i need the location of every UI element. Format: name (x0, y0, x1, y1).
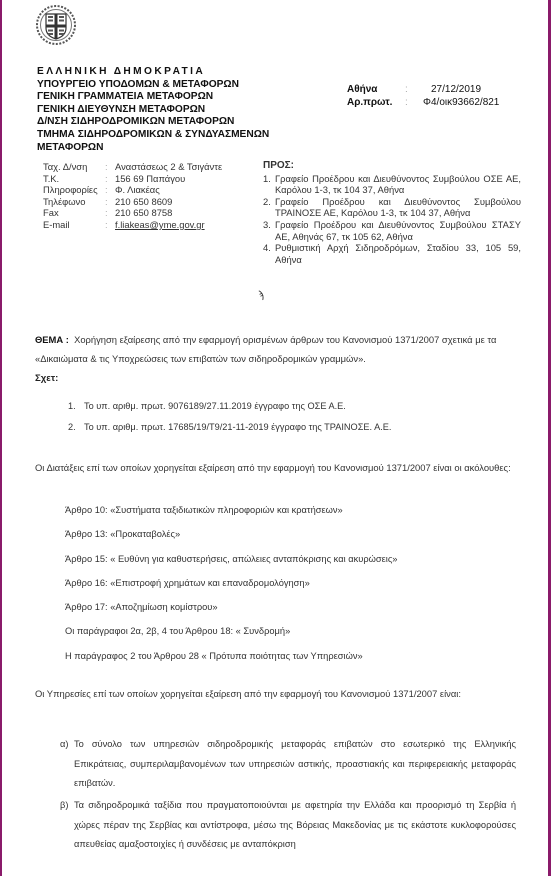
header-line: Δ/ΝΣΗ ΣΙΔΗΡΟΔΡΟΜΙΚΩΝ ΜΕΤΑΦΟΡΩΝ (37, 116, 269, 129)
recipient-item: 2. Γραφείο Προέδρου και Διευθύνοντος Συμ… (263, 196, 521, 219)
separator: : (105, 184, 115, 196)
contact-row: Τηλέφωνο : 210 650 8609 (43, 196, 222, 208)
protocol-number: Φ4/οικ93662/821 (423, 97, 499, 110)
subject-text: Χορήγηση εξαίρεσης από την εφαρμογή ορισ… (35, 334, 496, 364)
provision-item: Άρθρο 16: «Επιστροφή χρημάτων και επαναδ… (65, 571, 397, 595)
greek-coat-of-arms-icon (35, 4, 77, 46)
contact-details: Ταχ. Δ/νση : Αναστάσεως 2 & Τσιγάντε Τ.Κ… (43, 161, 222, 231)
recipient-item: 4. Ρυθμιστική Αρχή Σιδηροδρόμων, Σταδίου… (263, 242, 521, 265)
subject-label: ΘΕΜΑ : (35, 334, 69, 345)
separator: : (105, 219, 115, 231)
handwritten-mark: ϡ (258, 290, 264, 301)
reference-number: 2. (68, 417, 84, 438)
contact-label: Πληροφορίες (43, 184, 105, 196)
service-item: β) Τα σιδηροδρομικά ταξίδια που πραγματο… (60, 796, 516, 855)
recipient-number: 1. (263, 173, 275, 196)
services-intro: Οι Υπηρεσίες επί των οποίων χορηγείται ε… (35, 685, 515, 704)
reference-item: 2. Το υπ. αριθμ. πρωτ. 17685/19/Τ9/21-11… (68, 417, 391, 438)
recipient-text: Ρυθμιστική Αρχή Σιδηροδρόμων, Σταδίου 33… (275, 242, 521, 265)
separator: : (105, 207, 115, 219)
header-line: ΓΕΝΙΚΗ ΔΙΕΥΘΥΝΣΗ ΜΕΤΑΦΟΡΩΝ (37, 104, 269, 117)
service-text: Το σύνολο των υπηρεσιών σιδηροδρομικής μ… (74, 735, 516, 794)
reference-text: Το υπ. αριθμ. πρωτ. 17685/19/Τ9/21-11-20… (84, 417, 391, 438)
service-label: β) (60, 796, 74, 855)
recipient-number: 3. (263, 219, 275, 242)
contact-value: 156 69 Παπάγου (115, 173, 185, 185)
provision-item: Άρθρο 10: «Συστήματα ταξιδιωτικών πληροφ… (65, 498, 397, 522)
contact-value: 210 650 8609 (115, 196, 172, 208)
recipient-item: 1. Γραφείο Προέδρου και Διευθύνοντος Συμ… (263, 173, 521, 196)
place-label: Αθήνα (347, 84, 405, 97)
references-list: 1. Το υπ. αριθμ. πρωτ. 9076189/27.11.201… (68, 396, 391, 438)
reference-item: 1. Το υπ. αριθμ. πρωτ. 9076189/27.11.201… (68, 396, 391, 417)
email-link[interactable]: f.liakeas@yme.gov.gr (115, 219, 205, 230)
subject-block: ΘΕΜΑ : Χορήγηση εξαίρεσης από την εφαρμο… (35, 331, 515, 368)
provision-item: Η παράγραφος 2 του Άρθρου 28 « Πρότυπα π… (65, 644, 397, 668)
recipient-text: Γραφείο Προέδρου και Διευθύνοντος Συμβού… (275, 219, 521, 242)
recipients-block: ΠΡΟΣ: 1. Γραφείο Προέδρου και Διευθύνοντ… (263, 160, 521, 265)
provision-item: Άρθρο 15: « Ευθύνη για καθυστερήσεις, απ… (65, 547, 397, 571)
ministry-header: ΕΛΛΗΝΙΚΗ ΔΗΜΟΚΡΑΤΙΑ ΥΠΟΥΡΓΕΙΟ ΥΠΟΔΟΜΩΝ &… (37, 66, 269, 154)
separator: : (105, 173, 115, 185)
protocol-label: Αρ.πρωτ. (347, 97, 405, 110)
contact-row: Fax : 210 650 8758 (43, 207, 222, 219)
contact-row: Τ.Κ. : 156 69 Παπάγου (43, 173, 222, 185)
recipients-title: ΠΡΟΣ: (263, 160, 521, 172)
header-line: ΜΕΤΑΦΟΡΩΝ (37, 142, 269, 155)
header-line: ΤΜΗΜΑ ΣΙΔΗΡΟΔΡΟΜΙΚΩΝ & ΣΥΝΔΥΑΣΜΕΝΩΝ (37, 129, 269, 142)
contact-row: Ταχ. Δ/νση : Αναστάσεως 2 & Τσιγάντε (43, 161, 222, 173)
contact-value: 210 650 8758 (115, 207, 172, 219)
recipient-text: Γραφείο Προέδρου και Διευθύνοντος Συμβού… (275, 173, 521, 196)
separator: : (405, 84, 423, 97)
provision-item: Άρθρο 17: «Αποζημίωση κομίστρου» (65, 595, 397, 619)
service-item: α) Το σύνολο των υπηρεσιών σιδηροδρομική… (60, 735, 516, 794)
document-date: 27/12/2019 (423, 84, 481, 97)
contact-row: Πληροφορίες : Φ. Λιακέας (43, 184, 222, 196)
contact-label: Τηλέφωνο (43, 196, 105, 208)
header-line: ΕΛΛΗΝΙΚΗ ΔΗΜΟΚΡΑΤΙΑ (37, 66, 269, 79)
date-row: Αθήνα : 27/12/2019 (347, 84, 499, 97)
contact-label: Ταχ. Δ/νση (43, 161, 105, 173)
provision-item: Οι παράγραφοι 2α, 2β, 4 του Άρθρου 18: «… (65, 619, 397, 643)
provisions-intro: Οι Διατάξεις επί των οποίων χορηγείται ε… (35, 459, 515, 478)
contact-value: Φ. Λιακέας (115, 184, 160, 196)
service-label: α) (60, 735, 74, 794)
header-line: ΥΠΟΥΡΓΕΙΟ ΥΠΟΔΟΜΩΝ & ΜΕΤΑΦΟΡΩΝ (37, 79, 269, 92)
document-page: ΕΛΛΗΝΙΚΗ ΔΗΜΟΚΡΑΤΙΑ ΥΠΟΥΡΓΕΙΟ ΥΠΟΔΟΜΩΝ &… (0, 0, 551, 876)
email-row: E-mail : f.liakeas@yme.gov.gr (43, 219, 222, 231)
header-line: ΓΕΝΙΚΗ ΓΡΑΜΜΑΤΕΙΑ ΜΕΤΑΦΟΡΩΝ (37, 91, 269, 104)
references-title: Σχετ: (35, 373, 58, 384)
recipient-text: Γραφείο Προέδρου και Διευθύνοντος Συμβού… (275, 196, 521, 219)
provision-item: Άρθρο 13: «Προκαταβολές» (65, 522, 397, 546)
recipient-number: 4. (263, 242, 275, 265)
document-meta: Αθήνα : 27/12/2019 Αρ.πρωτ. : Φ4/οικ9366… (347, 84, 499, 109)
email-label: E-mail (43, 219, 105, 231)
separator: : (405, 97, 423, 110)
contact-label: Fax (43, 207, 105, 219)
contact-label: Τ.Κ. (43, 173, 105, 185)
separator: : (105, 196, 115, 208)
reference-text: Το υπ. αριθμ. πρωτ. 9076189/27.11.2019 έ… (84, 396, 346, 417)
separator: : (105, 161, 115, 173)
provisions-list: Άρθρο 10: «Συστήματα ταξιδιωτικών πληροφ… (65, 498, 397, 668)
recipient-number: 2. (263, 196, 275, 219)
protocol-row: Αρ.πρωτ. : Φ4/οικ93662/821 (347, 97, 499, 110)
contact-value: Αναστάσεως 2 & Τσιγάντε (115, 161, 222, 173)
service-text: Τα σιδηροδρομικά ταξίδια που πραγματοποι… (74, 796, 516, 855)
reference-number: 1. (68, 396, 84, 417)
recipient-item: 3. Γραφείο Προέδρου και Διευθύνοντος Συμ… (263, 219, 521, 242)
